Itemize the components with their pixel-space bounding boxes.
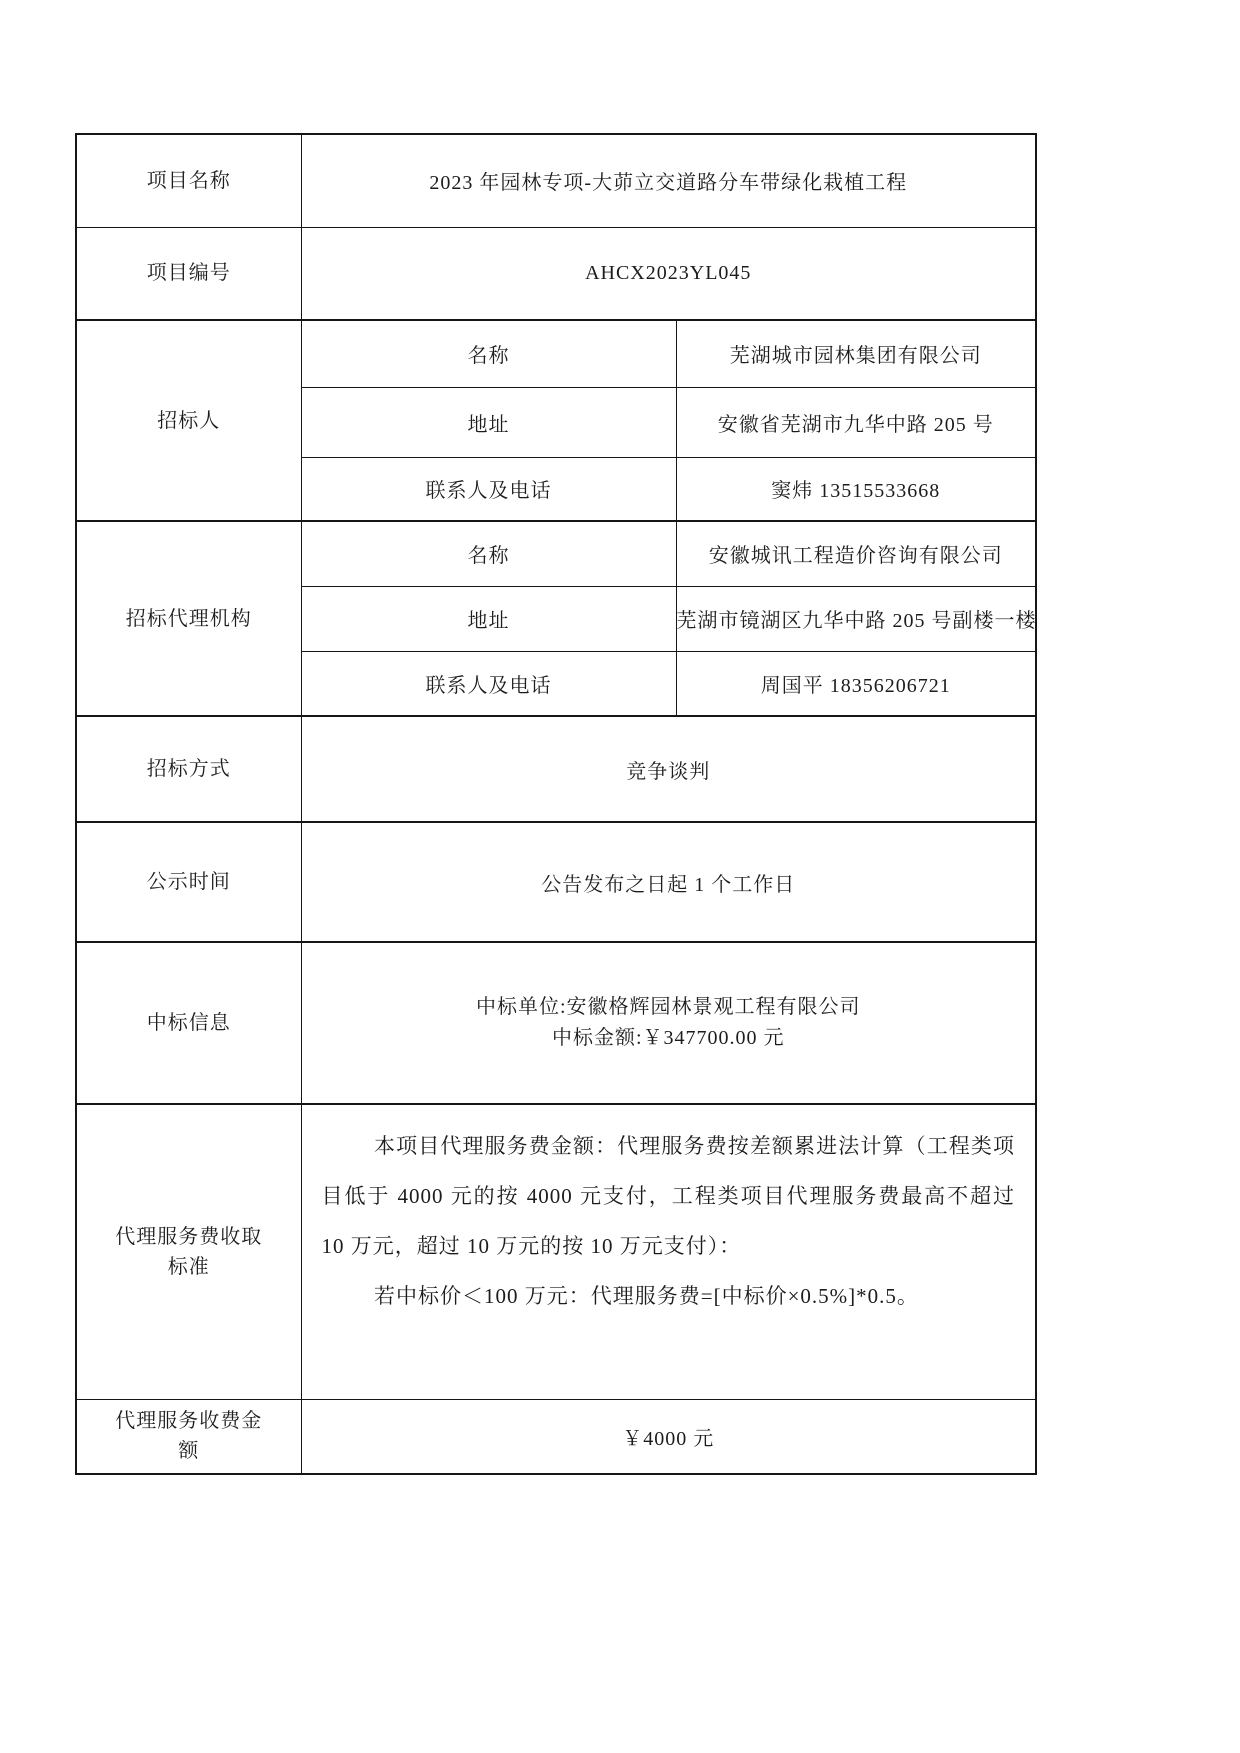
award-info-value: 中标单位:安徽格辉园林景观工程有限公司 中标金额:￥347700.00 元 [301, 942, 1036, 1104]
award-amount-line: 中标金额:￥347700.00 元 [302, 1023, 1036, 1054]
fee-amount-value: ￥4000 元 [301, 1399, 1036, 1474]
tenderer-name-field: 名称 [301, 320, 676, 387]
tenderer-contact-field: 联系人及电话 [301, 457, 676, 521]
agency-address-field: 地址 [301, 586, 676, 651]
project-no-value: AHCX2023YL045 [301, 227, 1036, 320]
fee-standard-paragraph-1: 本项目代理服务费金额：代理服务费按差额累进法计算（工程类项目低于 4000 元的… [322, 1121, 1016, 1271]
tenderer-address-field: 地址 [301, 387, 676, 457]
agency-label: 招标代理机构 [76, 521, 301, 716]
project-name-value: 2023 年园林专项-大茆立交道路分车带绿化栽植工程 [301, 134, 1036, 227]
tender-info-table: 项目名称 2023 年园林专项-大茆立交道路分车带绿化栽植工程 项目编号 AHC… [75, 133, 1037, 1475]
row-agency-name: 招标代理机构 名称 安徽城讯工程造价咨询有限公司 [76, 521, 1036, 586]
method-value: 竞争谈判 [301, 716, 1036, 822]
row-project-name: 项目名称 2023 年园林专项-大茆立交道路分车带绿化栽植工程 [76, 134, 1036, 227]
row-project-no: 项目编号 AHCX2023YL045 [76, 227, 1036, 320]
agency-name-field: 名称 [301, 521, 676, 586]
agency-contact-value: 周国平 18356206721 [676, 651, 1036, 716]
row-publicity-period: 公示时间 公告发布之日起 1 个工作日 [76, 822, 1036, 942]
tenderer-address-value: 安徽省芜湖市九华中路 205 号 [676, 387, 1036, 457]
row-fee-amount: 代理服务收费金额 ￥4000 元 [76, 1399, 1036, 1474]
fee-standard-text: 本项目代理服务费金额：代理服务费按差额累进法计算（工程类项目低于 4000 元的… [301, 1104, 1036, 1399]
document-page: 项目名称 2023 年园林专项-大茆立交道路分车带绿化栽植工程 项目编号 AHC… [0, 0, 1240, 1753]
fee-standard-label: 代理服务费收取标准 [76, 1104, 301, 1399]
row-method: 招标方式 竞争谈判 [76, 716, 1036, 822]
tenderer-name-value: 芜湖城市园林集团有限公司 [676, 320, 1036, 387]
row-award-info: 中标信息 中标单位:安徽格辉园林景观工程有限公司 中标金额:￥347700.00… [76, 942, 1036, 1104]
project-no-label: 项目编号 [76, 227, 301, 320]
row-fee-standard: 代理服务费收取标准 本项目代理服务费金额：代理服务费按差额累进法计算（工程类项目… [76, 1104, 1036, 1399]
method-label: 招标方式 [76, 716, 301, 822]
row-tenderer-name: 招标人 名称 芜湖城市园林集团有限公司 [76, 320, 1036, 387]
publicity-period-label: 公示时间 [76, 822, 301, 942]
agency-name-value: 安徽城讯工程造价咨询有限公司 [676, 521, 1036, 586]
fee-amount-label: 代理服务收费金额 [76, 1399, 301, 1474]
tenderer-contact-value: 窦炜 13515533668 [676, 457, 1036, 521]
agency-contact-field: 联系人及电话 [301, 651, 676, 716]
fee-standard-paragraph-2: 若中标价＜100 万元：代理服务费=[中标价×0.5%]*0.5。 [322, 1271, 1016, 1321]
project-name-label: 项目名称 [76, 134, 301, 227]
award-info-label: 中标信息 [76, 942, 301, 1104]
agency-address-value: 芜湖市镜湖区九华中路 205 号副楼一楼 [676, 586, 1036, 651]
tenderer-label: 招标人 [76, 320, 301, 521]
award-winner-line: 中标单位:安徽格辉园林景观工程有限公司 [302, 992, 1036, 1023]
publicity-period-value: 公告发布之日起 1 个工作日 [301, 822, 1036, 942]
